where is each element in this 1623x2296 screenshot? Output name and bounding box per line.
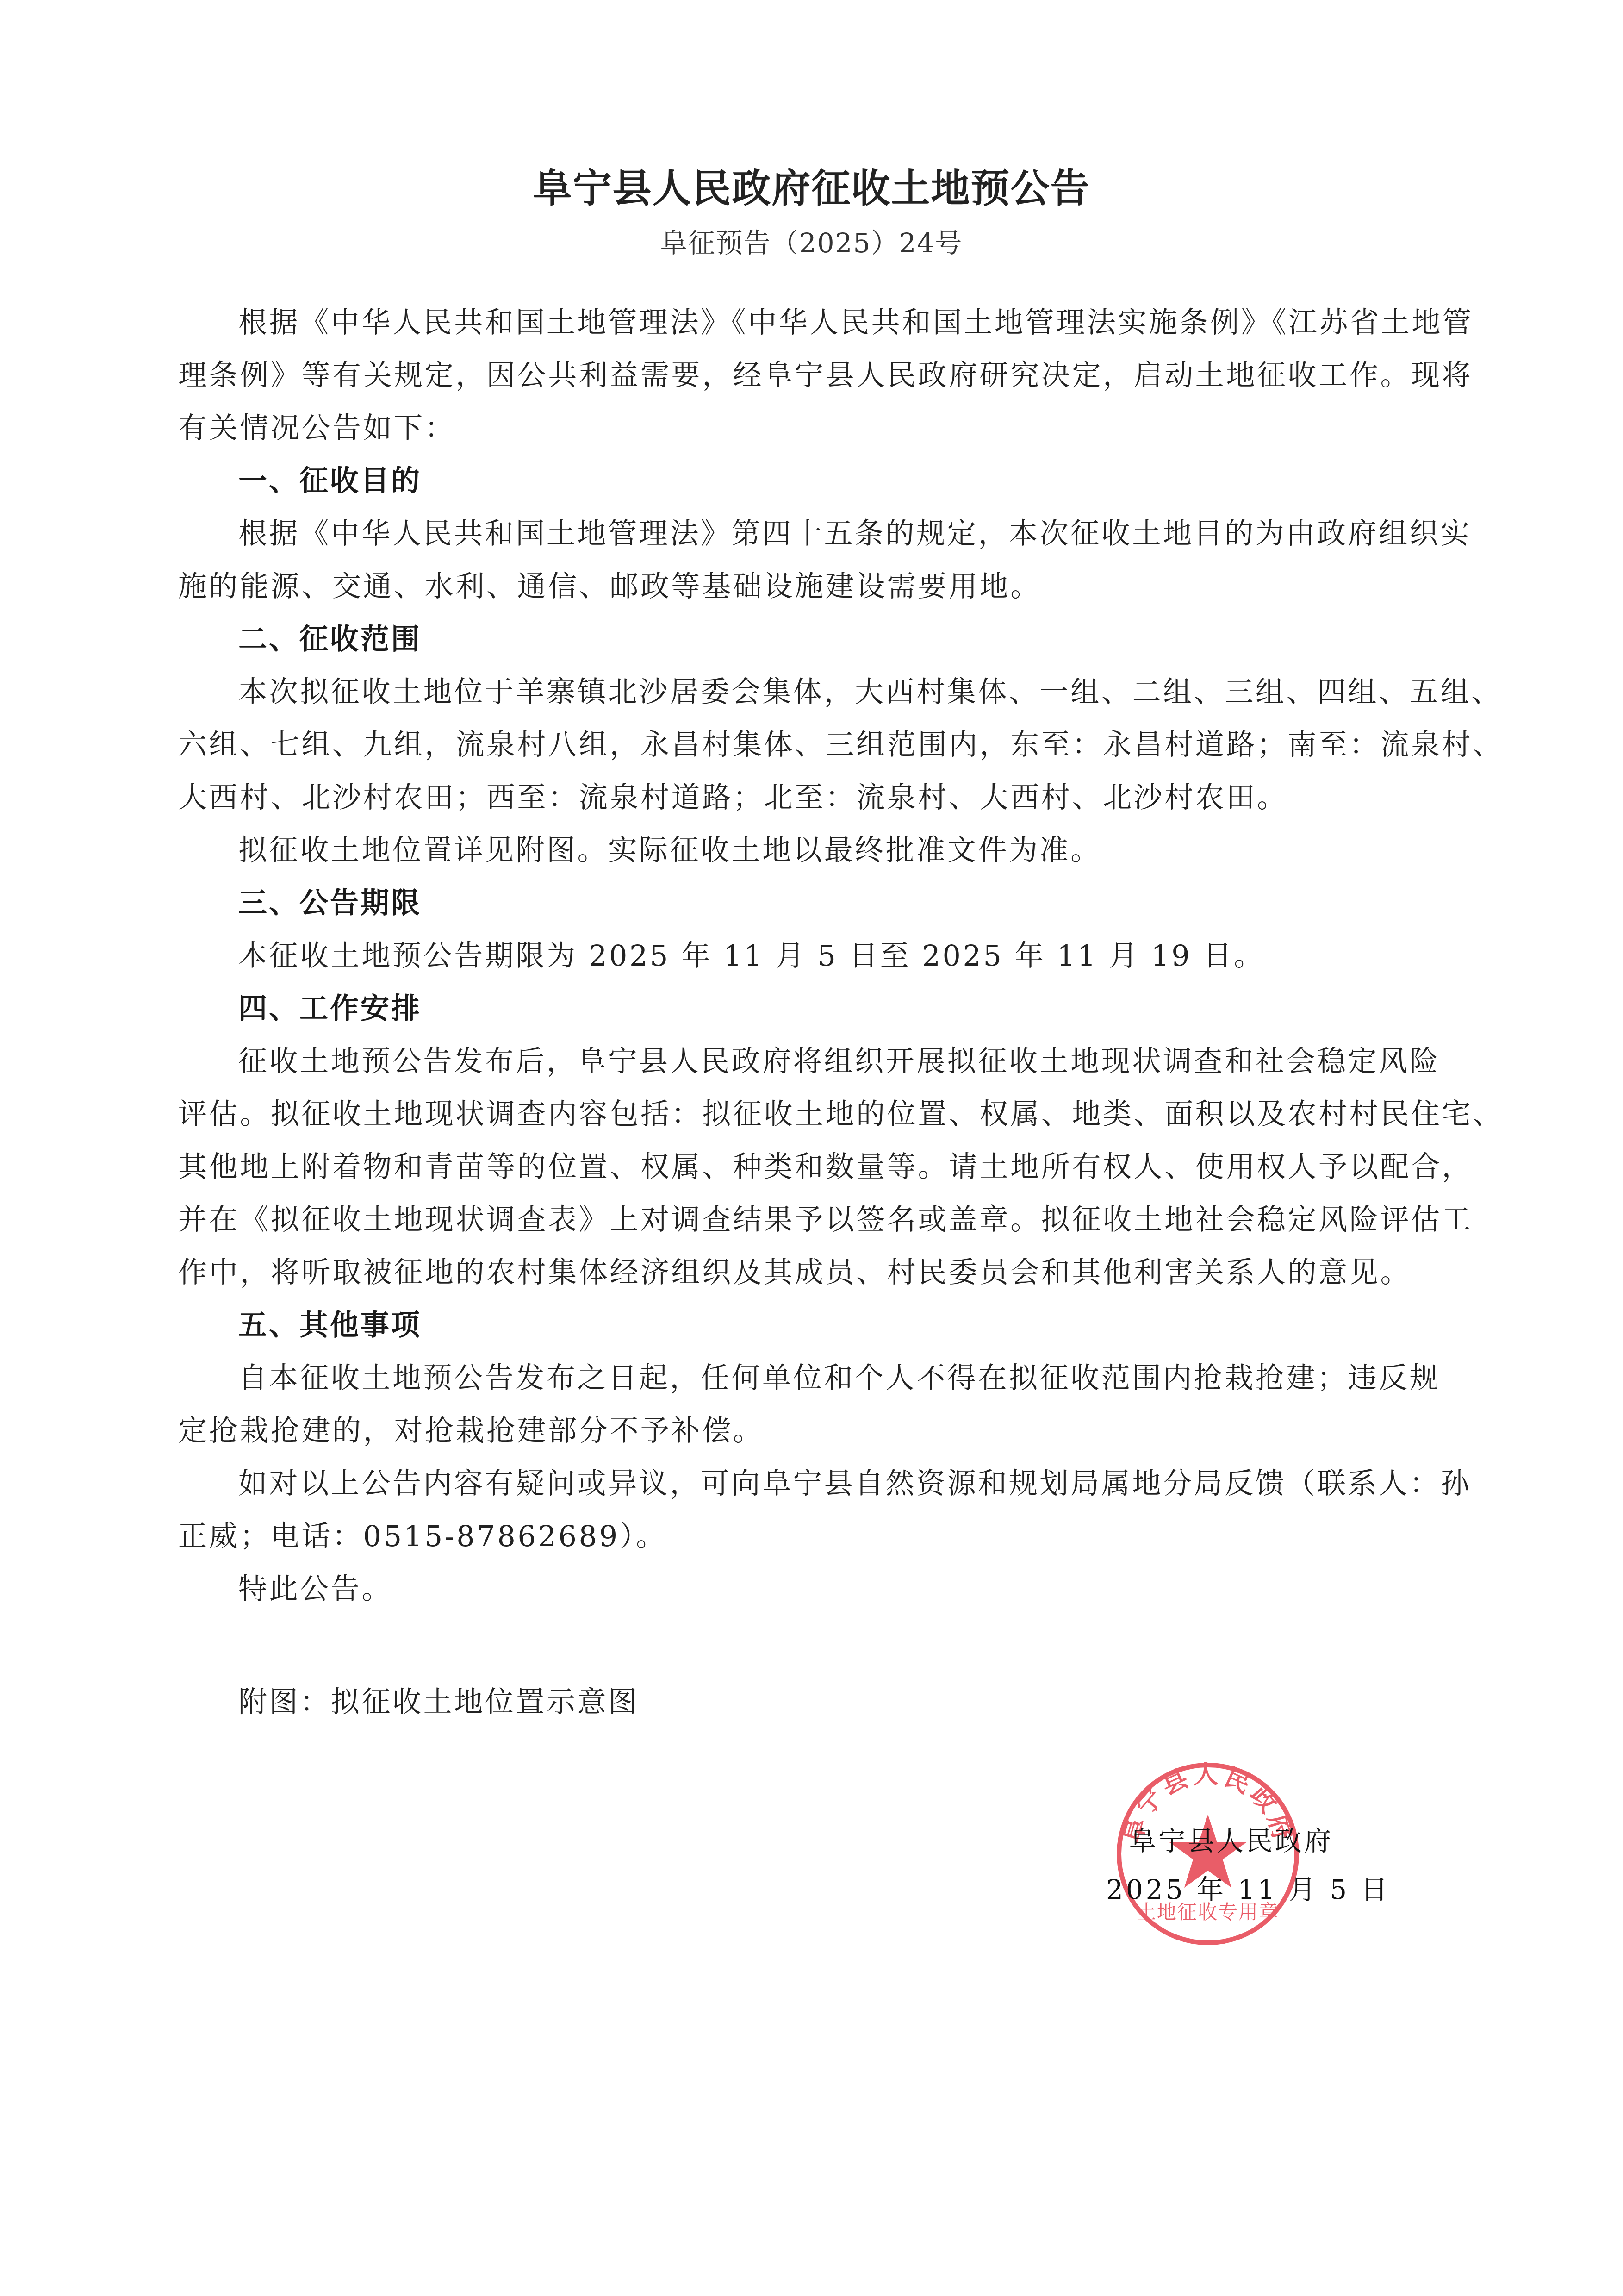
text-line: 本征收土地预公告期限为 2025 年 11 月 5 日至 2025 年 11 月… [178, 930, 1442, 982]
issuer-signature: 阜宁县人民政府 [1129, 1819, 1333, 1858]
section-period: 三、公告期限 本征收土地预公告期限为 2025 年 11 月 5 日至 2025… [178, 877, 1442, 982]
text-line: 拟征收土地位置详见附图。实际征收土地以最终批准文件为准。 [178, 824, 1442, 877]
issue-date: 2025 年 11 月 5 日 [1106, 1868, 1391, 1907]
text-line: 有关情况公告如下： [178, 402, 1442, 455]
text-line: 理条例》等有关规定，因公共利益需要，经阜宁县人民政府研究决定，启动土地征收工作。… [178, 349, 1442, 402]
preamble-paragraph: 根据《中华人民共和国土地管理法》《中华人民共和国土地管理法实施条例》《江苏省土地… [178, 296, 1442, 455]
text-line: 施的能源、交通、水利、通信、邮政等基础设施建设需要用地。 [178, 560, 1442, 613]
text-line: 评估。拟征收土地现状调查内容包括：拟征收土地的位置、权属、地类、面积以及农村村民… [178, 1088, 1442, 1141]
document-body: 根据《中华人民共和国土地管理法》《中华人民共和国土地管理法实施条例》《江苏省土地… [178, 296, 1442, 1728]
text-line: 大西村、北沙村农田；西至：流泉村道路；北至：流泉村、大西村、北沙村农田。 [178, 771, 1442, 824]
section-heading: 五、其他事项 [178, 1299, 1442, 1352]
closing-text: 特此公告。 [178, 1563, 1442, 1616]
text-line: 征收土地预公告发布后，阜宁县人民政府将组织开展拟征收土地现状调查和社会稳定风险 [178, 1035, 1442, 1088]
attachment-note: 附图：拟征收土地位置示意图 [178, 1676, 1442, 1728]
section-work-arrangement: 四、工作安排 征收土地预公告发布后，阜宁县人民政府将组织开展拟征收土地现状调查和… [178, 982, 1442, 1299]
document-number: 阜征预告（2025）24号 [0, 221, 1623, 260]
section-heading: 一、征收目的 [178, 455, 1442, 507]
section-heading: 三、公告期限 [178, 877, 1442, 930]
text-line: 根据《中华人民共和国土地管理法》《中华人民共和国土地管理法实施条例》《江苏省土地… [178, 296, 1442, 349]
text-line: 六组、七组、九组，流泉村八组，永昌村集体、三组范围内，东至：永昌村道路；南至：流… [178, 718, 1442, 771]
text-line: 其他地上附着物和青苗等的位置、权属、种类和数量等。请土地所有权人、使用权人予以配… [178, 1141, 1442, 1193]
document-title: 阜宁县人民政府征收土地预公告 [0, 157, 1623, 213]
section-other-matters: 五、其他事项 自本征收土地预公告发布之日起，任何单位和个人不得在拟征收范围内抢栽… [178, 1299, 1442, 1616]
text-line: 本次拟征收土地位于羊寨镇北沙居委会集体，大西村集体、一组、二组、三组、四组、五组… [178, 666, 1442, 718]
section-heading: 二、征收范围 [178, 613, 1442, 666]
text-line: 定抢栽抢建的，对抢栽抢建部分不予补偿。 [178, 1404, 1442, 1457]
text-line: 如对以上公告内容有疑问或异议，可向阜宁县自然资源和规划局属地分局反馈（联系人：孙 [178, 1457, 1442, 1510]
text-line: 并在《拟征收土地现状调查表》上对调查结果予以签名或盖章。拟征收土地社会稳定风险评… [178, 1193, 1442, 1246]
section-scope: 二、征收范围 本次拟征收土地位于羊寨镇北沙居委会集体，大西村集体、一组、二组、三… [178, 613, 1442, 877]
spacer [178, 1616, 1442, 1676]
text-line: 根据《中华人民共和国土地管理法》第四十五条的规定，本次征收土地目的为由政府组织实 [178, 507, 1442, 560]
text-line: 作中，将听取被征地的农村集体经济组织及其成员、村民委员会和其他利害关系人的意见。 [178, 1246, 1442, 1299]
text-line: 正威；电话：0515-87862689）。 [178, 1510, 1442, 1563]
section-purpose: 一、征收目的 根据《中华人民共和国土地管理法》第四十五条的规定，本次征收土地目的… [178, 455, 1442, 613]
document-page: 阜宁县人民政府征收土地预公告 阜征预告（2025）24号 根据《中华人民共和国土… [0, 0, 1623, 2296]
section-heading: 四、工作安排 [178, 982, 1442, 1035]
text-line: 自本征收土地预公告发布之日起，任何单位和个人不得在拟征收范围内抢栽抢建；违反规 [178, 1352, 1442, 1404]
